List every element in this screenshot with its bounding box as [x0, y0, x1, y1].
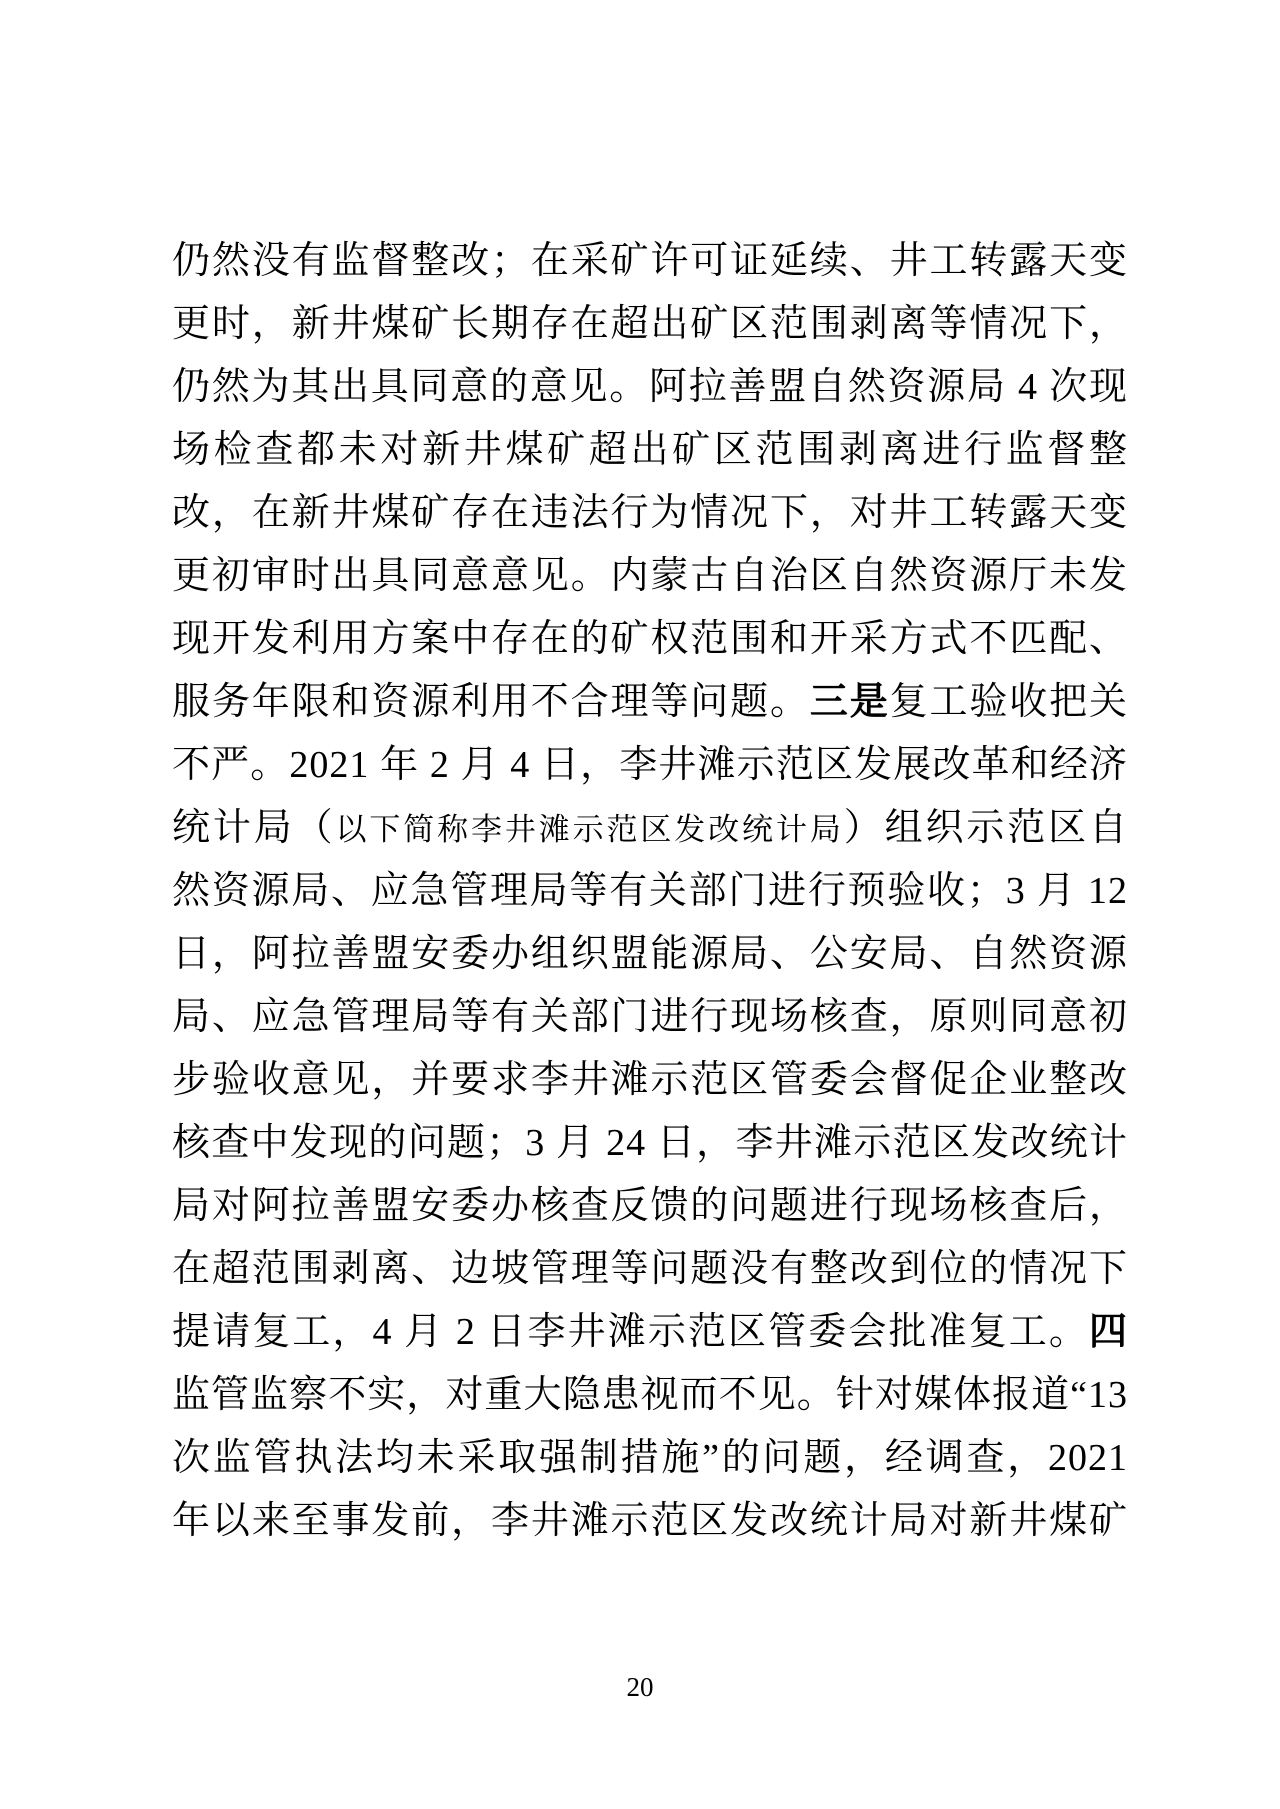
- text-segment: 在超范围剥离、边坡管理等问题没有整改到位的情况下: [172, 1248, 1128, 1290]
- text-segment: 监管监察不实，对重大隐患视而不见。针对媒体报道“13: [172, 1374, 1128, 1416]
- text-segment: 然资源局、应急管理局等有关部门进行预验收；3 月 12: [172, 870, 1128, 912]
- text-line: 更初审时出具同意意见。内蒙古自治区自然资源厅未发: [172, 545, 1128, 608]
- document-body: 仍然没有监督整改；在采矿许可证延续、井工转露天变更时，新井煤矿长期存在超出矿区范…: [172, 230, 1128, 1553]
- text-segment: ）组织示范区自: [844, 807, 1128, 849]
- text-segment: 局、应急管理局等有关部门进行现场核查，原则同意初: [172, 996, 1128, 1038]
- text-line: 更时，新井煤矿长期存在超出矿区范围剥离等情况下，: [172, 293, 1128, 356]
- text-segment: 仍然为其出具同意的意见。阿拉善盟自然资源局 4 次现: [172, 366, 1128, 408]
- text-segment: 次监管执法均未采取强制措施”的问题，经调查，2021: [172, 1437, 1128, 1479]
- text-line: 服务年限和资源利用不合理等问题。三是复工验收把关: [172, 671, 1128, 734]
- text-segment: 提请复工，4 月 2 日李井滩示范区管委会批准复工。: [172, 1311, 1089, 1353]
- text-line: 场检查都未对新井煤矿超出矿区范围剥离进行监督整: [172, 419, 1128, 482]
- text-segment: 场检查都未对新井煤矿超出矿区范围剥离进行监督整: [172, 429, 1128, 471]
- text-segment: 局对阿拉善盟安委办核查反馈的问题进行现场核查后，: [172, 1185, 1128, 1227]
- text-line: 步验收意见，并要求李井滩示范区管委会督促企业整改: [172, 1049, 1128, 1112]
- text-line: 核查中发现的问题；3 月 24 日，李井滩示范区发改统计: [172, 1112, 1128, 1175]
- text-line: 提请复工，4 月 2 日李井滩示范区管委会批准复工。四是: [172, 1301, 1128, 1364]
- text-segment: 统计局（: [172, 807, 336, 849]
- text-segment: 现开发利用方案中存在的矿权范围和开采方式不匹配、: [172, 618, 1128, 660]
- text-segment: 更初审时出具同意意见。内蒙古自治区自然资源厅未发: [172, 555, 1128, 597]
- text-line: 统计局（以下简称李井滩示范区发改统计局）组织示范区自: [172, 797, 1128, 860]
- text-segment: 仍然没有监督整改；在采矿许可证延续、井工转露天变: [172, 240, 1128, 282]
- text-segment: 复工验收把关: [890, 681, 1128, 723]
- page-number: 20: [0, 1672, 1280, 1703]
- text-segment: 三是: [810, 681, 890, 723]
- text-segment: 年以来至事发前，李井滩示范区发改统计局对新井煤矿: [172, 1500, 1128, 1542]
- text-line: 局对阿拉善盟安委办核查反馈的问题进行现场核查后，: [172, 1175, 1128, 1238]
- text-segment: 步验收意见，并要求李井滩示范区管委会督促企业整改: [172, 1059, 1128, 1101]
- text-line: 然资源局、应急管理局等有关部门进行预验收；3 月 12: [172, 860, 1128, 923]
- text-segment: 更时，新井煤矿长期存在超出矿区范围剥离等情况下，: [172, 303, 1128, 345]
- text-line: 次监管执法均未采取强制措施”的问题，经调查，2021: [172, 1427, 1128, 1490]
- text-segment: 不严。2021 年 2 月 4 日，李井滩示范区发展改革和经济: [172, 744, 1128, 786]
- text-segment: 日，阿拉善盟安委办组织盟能源局、公安局、自然资源: [172, 933, 1128, 975]
- text-segment: 改，在新井煤矿存在违法行为情况下，对井工转露天变: [172, 492, 1128, 534]
- text-line: 不严。2021 年 2 月 4 日，李井滩示范区发展改革和经济: [172, 734, 1128, 797]
- text-segment: 服务年限和资源利用不合理等问题。: [172, 681, 810, 723]
- text-line: 日，阿拉善盟安委办组织盟能源局、公安局、自然资源: [172, 923, 1128, 986]
- text-line: 局、应急管理局等有关部门进行现场核查，原则同意初: [172, 986, 1128, 1049]
- text-segment: 核查中发现的问题；3 月 24 日，李井滩示范区发改统计: [172, 1122, 1128, 1164]
- text-line: 在超范围剥离、边坡管理等问题没有整改到位的情况下: [172, 1238, 1128, 1301]
- text-line: 现开发利用方案中存在的矿权范围和开采方式不匹配、: [172, 608, 1128, 671]
- text-line: 仍然没有监督整改；在采矿许可证延续、井工转露天变: [172, 230, 1128, 293]
- text-line: 监管监察不实，对重大隐患视而不见。针对媒体报道“13: [172, 1364, 1128, 1427]
- text-line: 年以来至事发前，李井滩示范区发改统计局对新井煤矿: [172, 1490, 1128, 1553]
- text-line: 仍然为其出具同意的意见。阿拉善盟自然资源局 4 次现: [172, 356, 1128, 419]
- text-line: 改，在新井煤矿存在违法行为情况下，对井工转露天变: [172, 482, 1128, 545]
- document-page: 仍然没有监督整改；在采矿许可证延续、井工转露天变更时，新井煤矿长期存在超出矿区范…: [0, 0, 1280, 1809]
- text-segment: 以下简称李井滩示范区发改统计局: [336, 812, 844, 847]
